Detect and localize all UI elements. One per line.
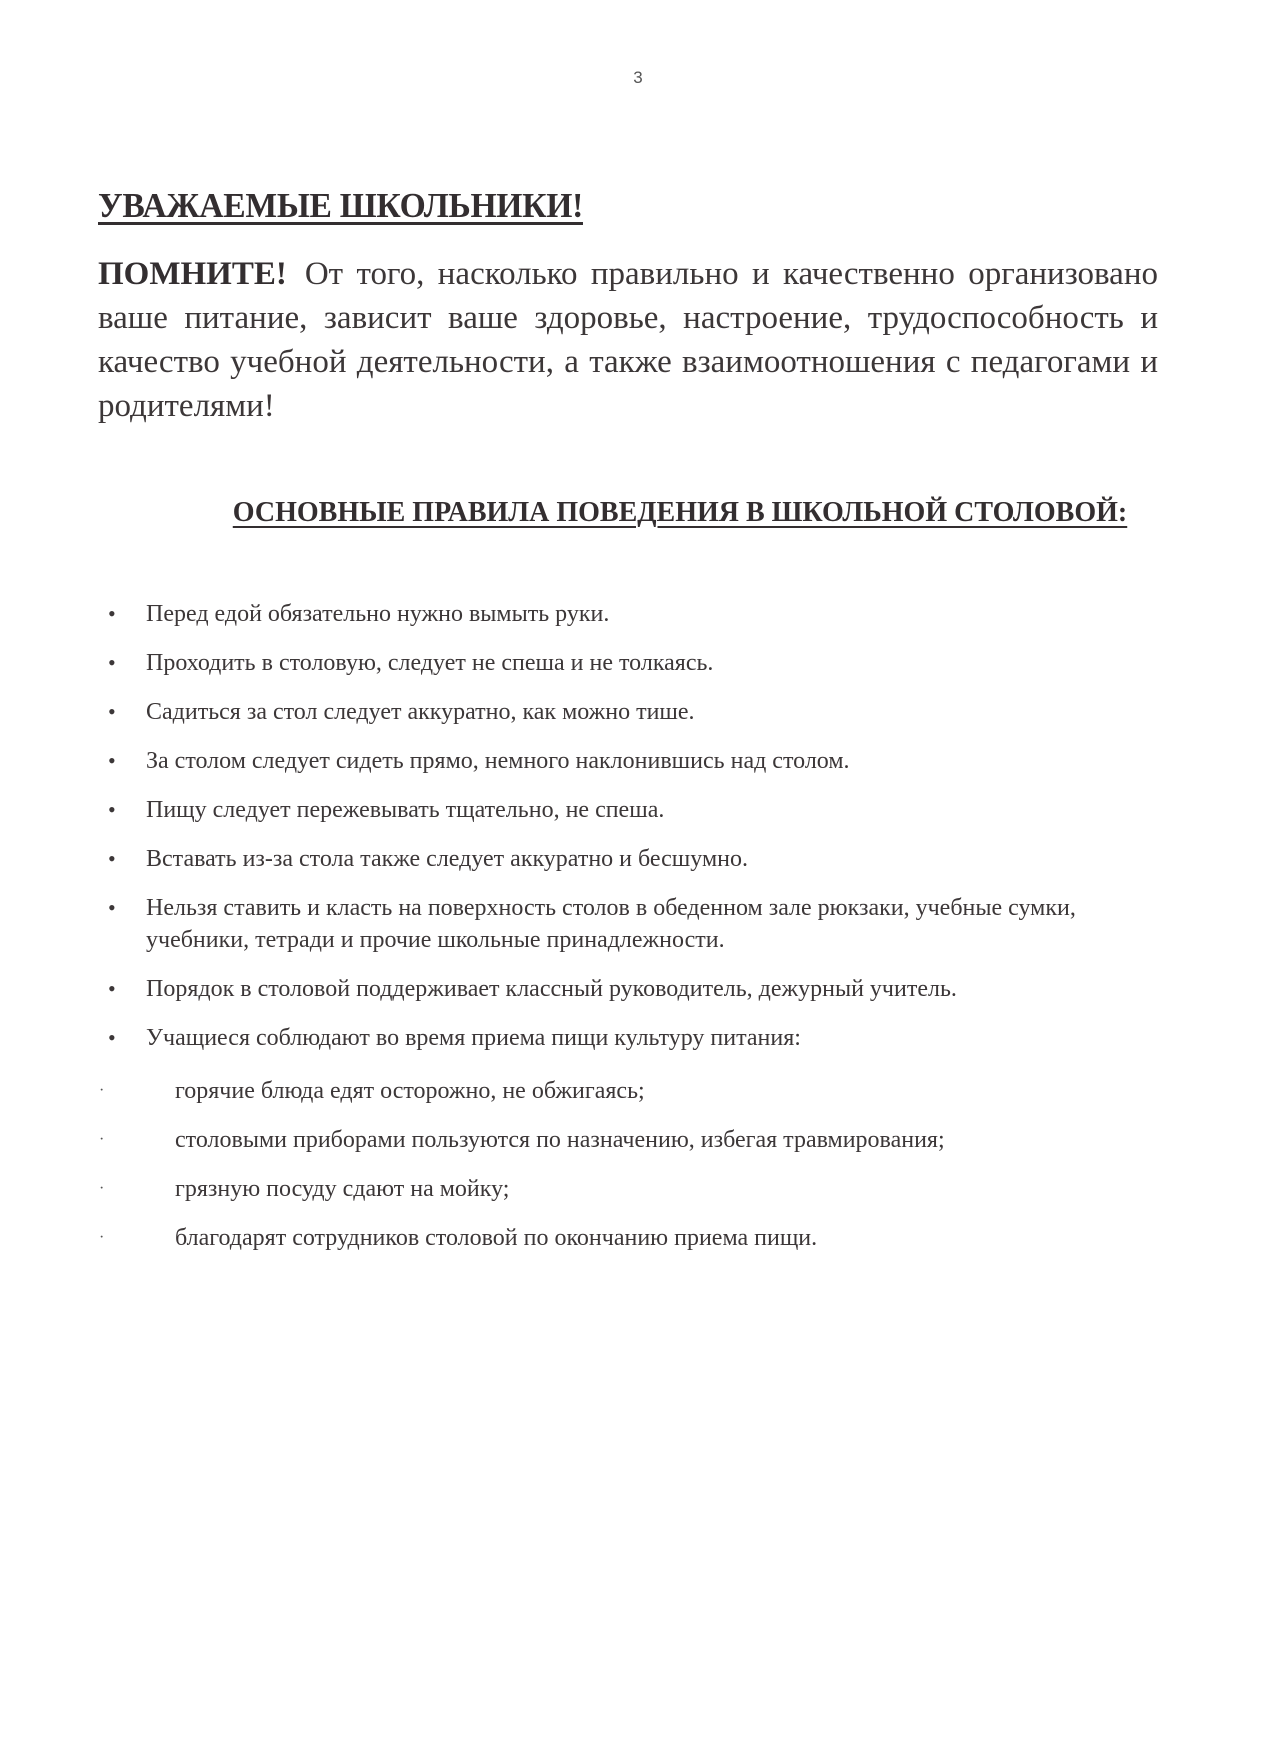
rule-text: Перед едой обязательно нужно вымыть руки… bbox=[146, 601, 609, 627]
rule-item: •За столом следует сидеть прямо, немного… bbox=[100, 745, 1160, 777]
rule-item: •Садиться за стол следует аккуратно, как… bbox=[100, 696, 1160, 728]
sub-rule-text: горячие блюда едят осторожно, не обжигая… bbox=[175, 1078, 645, 1104]
bullet-icon: • bbox=[108, 892, 116, 924]
rule-text: За столом следует сидеть прямо, немного … bbox=[146, 748, 850, 774]
dot-bullet-icon: · bbox=[99, 1173, 104, 1205]
bullet-icon: • bbox=[108, 1022, 116, 1054]
sub-rule-text: благодарят сотрудников столовой по оконч… bbox=[175, 1225, 817, 1251]
page-title: УВАЖАЕМЫЕ ШКОЛЬНИКИ! bbox=[98, 186, 583, 226]
rule-text: Порядок в столовой поддерживает классный… bbox=[146, 976, 957, 1002]
bullet-icon: • bbox=[108, 598, 116, 630]
sub-rule-item: ·благодарят сотрудников столовой по окон… bbox=[95, 1222, 1155, 1254]
sub-rule-text: грязную посуду сдают на мойку; bbox=[175, 1176, 509, 1202]
page-number: 3 bbox=[0, 68, 1276, 88]
rule-text: Пищу следует пережевывать тщательно, не … bbox=[146, 797, 664, 823]
rules-list: •Перед едой обязательно нужно вымыть рук… bbox=[100, 598, 1160, 1071]
sub-rules-list: ·горячие блюда едят осторожно, не обжига… bbox=[95, 1075, 1155, 1271]
remember-label: ПОМНИТЕ! bbox=[98, 256, 287, 292]
bullet-icon: • bbox=[108, 843, 116, 875]
rule-item: •Порядок в столовой поддерживает классны… bbox=[100, 973, 1160, 1005]
rule-item: •Учащиеся соблюдают во время приема пищи… bbox=[100, 1022, 1160, 1054]
sub-rule-item: ·столовыми приборами пользуются по назна… bbox=[95, 1124, 1155, 1156]
bullet-icon: • bbox=[108, 794, 116, 826]
bullet-icon: • bbox=[108, 696, 116, 728]
dot-bullet-icon: · bbox=[99, 1124, 104, 1156]
sub-rule-item: ·горячие блюда едят осторожно, не обжига… bbox=[95, 1075, 1155, 1107]
intro-paragraph: ПОМНИТЕ!От того, насколько правильно и к… bbox=[98, 252, 1158, 428]
rule-item: •Пищу следует пережевывать тщательно, не… bbox=[100, 794, 1160, 826]
dot-bullet-icon: · bbox=[99, 1222, 104, 1254]
rule-text: Учащиеся соблюдают во время приема пищи … bbox=[146, 1025, 801, 1051]
rule-item: •Нельзя ставить и класть на поверхность … bbox=[100, 892, 1160, 956]
rule-item: •Вставать из-за стола также следует акку… bbox=[100, 843, 1160, 875]
bullet-icon: • bbox=[108, 973, 116, 1005]
rule-text: Проходить в столовую, следует не спеша и… bbox=[146, 650, 713, 676]
rule-text: Нельзя ставить и класть на поверхность с… bbox=[146, 895, 1076, 953]
sub-rule-item: ·грязную посуду сдают на мойку; bbox=[95, 1173, 1155, 1205]
rule-text: Садиться за стол следует аккуратно, как … bbox=[146, 699, 695, 725]
rules-section-title: ОСНОВНЫЕ ПРАВИЛА ПОВЕДЕНИЯ В ШКОЛЬНОЙ СТ… bbox=[0, 497, 1260, 529]
bullet-icon: • bbox=[108, 647, 116, 679]
dot-bullet-icon: · bbox=[99, 1075, 104, 1107]
rule-item: •Проходить в столовую, следует не спеша … bbox=[100, 647, 1160, 679]
rule-text: Вставать из-за стола также следует аккур… bbox=[146, 846, 748, 872]
rule-item: •Перед едой обязательно нужно вымыть рук… bbox=[100, 598, 1160, 630]
sub-rule-text: столовыми приборами пользуются по назнач… bbox=[175, 1127, 945, 1153]
bullet-icon: • bbox=[108, 745, 116, 777]
